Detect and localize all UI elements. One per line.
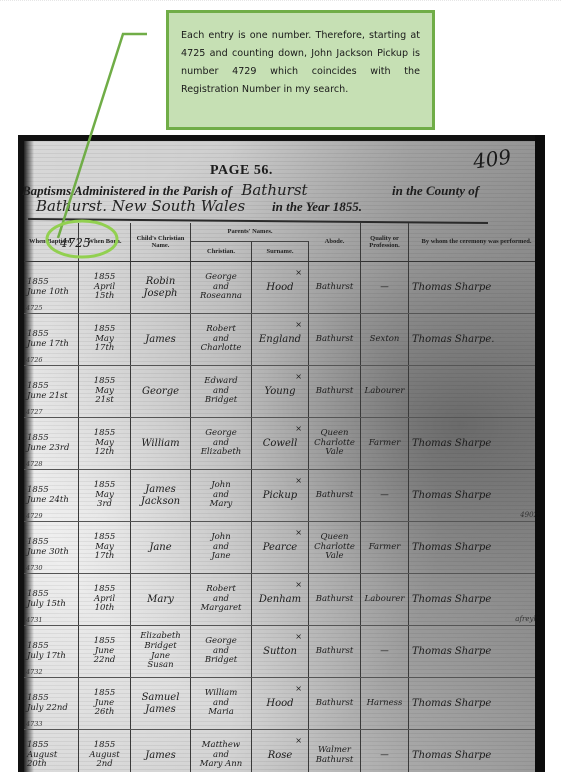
cell-baptised-line: June 17th bbox=[27, 340, 69, 350]
cell-quality-line: — bbox=[380, 751, 389, 761]
cell-quality-line: Labourer bbox=[365, 387, 405, 397]
cell-abode: Bathurst bbox=[309, 366, 361, 417]
cell-parents-line: Jane bbox=[212, 552, 231, 562]
cell-born: 1855June26th bbox=[79, 678, 131, 729]
table-row: 1855June 23rd47281855May12thWilliamGeorg… bbox=[24, 418, 544, 470]
corner-page-number: 409 bbox=[471, 144, 512, 173]
table-row: 1855June 21st47271855May21stGeorgeEdward… bbox=[24, 366, 544, 418]
cell-born-line: 15th bbox=[95, 292, 115, 302]
scan-dark-edge bbox=[535, 135, 545, 772]
cell-abode-line: Bathurst bbox=[316, 647, 354, 657]
cell-parents-line: Mary bbox=[210, 500, 233, 510]
registration-number: 4730 bbox=[26, 565, 43, 572]
cell-baptised-line: June 21st bbox=[27, 392, 68, 402]
cell-by_whom: Thomas Sharpe bbox=[409, 262, 544, 313]
cell-child: Mary bbox=[131, 574, 191, 625]
col-parents-christian: Christian. bbox=[191, 241, 252, 261]
cell-baptised: 1855June 17th4726 bbox=[24, 314, 79, 365]
cell-parents-line: Margaret bbox=[201, 604, 242, 614]
cell-surname-line: Pearce bbox=[263, 542, 297, 554]
cell-by_whom: Thomas Sharpe4902 bbox=[409, 470, 544, 521]
cell-child-line: Samuel bbox=[142, 692, 180, 704]
cell-abode: Bathurst bbox=[309, 314, 361, 365]
cell-baptised: 1855July 22nd4733 bbox=[24, 678, 79, 729]
cell-surname: Hood× bbox=[252, 678, 309, 729]
cell-baptised: 1855June 10th4725 bbox=[24, 262, 79, 313]
register-title-line-2: Bathurst. New South Wales in the Year 18… bbox=[30, 197, 251, 215]
cell-born-line: 21st bbox=[95, 396, 114, 406]
cell-born-line: 12th bbox=[95, 448, 115, 458]
cell-quality: Labourer bbox=[361, 366, 409, 417]
cell-surname-line: Pickup bbox=[263, 490, 297, 502]
table-row: 1855June 17th47261855May17thJamesRoberta… bbox=[24, 314, 544, 366]
cell-surname: England× bbox=[252, 314, 309, 365]
cell-quality-line: — bbox=[380, 491, 389, 501]
cell-abode-line: Bathurst bbox=[316, 756, 354, 766]
cell-surname: Denham× bbox=[252, 574, 309, 625]
cell-child: James bbox=[131, 314, 191, 365]
registration-number: 4728 bbox=[26, 461, 43, 468]
cell-child-line: William bbox=[141, 438, 179, 450]
col-parents-names: Parents' Names. bbox=[191, 223, 309, 241]
cell-abode: Bathurst bbox=[309, 470, 361, 521]
cell-surname-line: Young bbox=[264, 386, 295, 398]
cell-born-line: 17th bbox=[95, 344, 115, 354]
cell-child-line: Jackson bbox=[141, 496, 180, 508]
cell-child: SamuelJames bbox=[131, 678, 191, 729]
cell-by_whom: Thomas Sharpeafreyh bbox=[409, 574, 544, 625]
register-scan-image: 409 PAGE 56. Baptisms Administered in th… bbox=[18, 135, 545, 772]
cell-child: George bbox=[131, 366, 191, 417]
cell-by_whom: Thomas Sharpe bbox=[409, 678, 544, 729]
cell-child-line: George bbox=[142, 386, 179, 398]
table-row: 1855July 15th47311855April10thMaryRobert… bbox=[24, 574, 544, 626]
cell-child-line: James bbox=[145, 704, 176, 716]
cell-child-line: James bbox=[145, 484, 176, 496]
cell-baptised-line: June 10th bbox=[27, 288, 69, 298]
cell-baptised: 1855July 17th4732 bbox=[24, 626, 79, 677]
cell-surname-line: Hood bbox=[266, 698, 293, 710]
cell-by_whom-line: Thomas Sharpe bbox=[412, 490, 491, 502]
cell-parents: MatthewandMary Ann bbox=[191, 730, 252, 772]
cell-baptised-line: 20th bbox=[27, 760, 47, 770]
cell-abode: QueenCharlotteVale bbox=[309, 418, 361, 469]
cell-abode-line: Bathurst bbox=[316, 283, 354, 293]
cell-born-line: 2nd bbox=[96, 760, 112, 770]
cell-abode-line: Vale bbox=[325, 448, 343, 458]
cell-baptised: 1855June 23rd4728 bbox=[24, 418, 79, 469]
col-when-born: When Born. bbox=[79, 223, 131, 261]
registration-number: 4726 bbox=[26, 357, 43, 364]
mark-cross-icon: × bbox=[295, 372, 302, 381]
cell-quality: Labourer bbox=[361, 574, 409, 625]
cell-child-line: Robin bbox=[146, 276, 176, 288]
cell-parents: GeorgeandBridget bbox=[191, 626, 252, 677]
table-body: 1855June 10th47251855April15thRobinJosep… bbox=[24, 262, 544, 772]
cell-born: 1855June22nd bbox=[79, 626, 131, 677]
annotation-callout: Each entry is one number. Therefore, sta… bbox=[166, 10, 435, 130]
baptism-register-table: When Baptised. When Born. Child's Christ… bbox=[24, 223, 544, 772]
cell-surname: Cowell× bbox=[252, 418, 309, 469]
cell-by_whom: Thomas Sharpe bbox=[409, 418, 544, 469]
cell-abode: Bathurst bbox=[309, 678, 361, 729]
cell-by_whom-line: Thomas Sharpe bbox=[412, 750, 491, 762]
cell-abode: QueenCharlotteVale bbox=[309, 522, 361, 573]
cell-surname: Young× bbox=[252, 366, 309, 417]
cell-quality-line: — bbox=[380, 647, 389, 657]
registration-number: 4731 bbox=[26, 617, 43, 624]
mark-cross-icon: × bbox=[295, 736, 302, 745]
col-by-whom: By whom the ceremony was performed. bbox=[409, 223, 544, 261]
cell-surname-line: Denham bbox=[259, 594, 301, 606]
cell-by_whom: Thomas Sharpe bbox=[409, 730, 544, 772]
cell-by_whom-line: Thomas Sharpe bbox=[412, 646, 491, 658]
cell-born-line: 17th bbox=[95, 552, 115, 562]
mark-cross-icon: × bbox=[295, 268, 302, 277]
cell-born: 1855August2nd bbox=[79, 730, 131, 772]
cell-parents: WilliamandMaria bbox=[191, 678, 252, 729]
cell-child: ElizabethBridgetJaneSusan bbox=[131, 626, 191, 677]
cell-born-line: 22nd bbox=[94, 656, 116, 666]
cell-child: William bbox=[131, 418, 191, 469]
cell-abode-line: Bathurst bbox=[316, 387, 354, 397]
cell-surname: Pearce× bbox=[252, 522, 309, 573]
county-label: in the County of bbox=[392, 183, 479, 199]
table-row: 1855June 24th47291855May3rdJamesJacksonJ… bbox=[24, 470, 544, 522]
cell-parents: RobertandCharlotte bbox=[191, 314, 252, 365]
col-abode: Abode. bbox=[309, 223, 361, 261]
cell-abode-line: Bathurst bbox=[316, 491, 354, 501]
cell-abode: Bathurst bbox=[309, 262, 361, 313]
cell-parents-line: Bridget bbox=[205, 656, 237, 666]
cell-born: 1855May3rd bbox=[79, 470, 131, 521]
cell-by_whom-line: Thomas Sharpe bbox=[412, 542, 491, 554]
cell-quality: — bbox=[361, 730, 409, 772]
cell-parents-line: Roseanna bbox=[200, 292, 242, 302]
cell-surname: Hood× bbox=[252, 262, 309, 313]
cell-born-line: 3rd bbox=[97, 500, 112, 510]
registration-number: 4725 bbox=[26, 305, 43, 312]
cell-baptised: 1855June 24th4729 bbox=[24, 470, 79, 521]
cell-parents-line: Bridget bbox=[205, 396, 237, 406]
cell-baptised-line: June 30th bbox=[27, 548, 69, 558]
cell-child-line: Joseph bbox=[144, 288, 178, 300]
cell-abode-line: Vale bbox=[325, 552, 343, 562]
cell-surname-line: Cowell bbox=[263, 438, 298, 450]
cell-parents: GeorgeandElizabeth bbox=[191, 418, 252, 469]
cell-born-line: 10th bbox=[95, 604, 115, 614]
cell-child: Jane bbox=[131, 522, 191, 573]
cell-quality-line: — bbox=[380, 283, 389, 293]
cell-surname-line: Rose bbox=[268, 750, 293, 762]
county-name: Bathurst. New South Wales bbox=[36, 197, 245, 215]
cell-parents-line: Maria bbox=[208, 708, 234, 718]
cell-parents: JohnandJane bbox=[191, 522, 252, 573]
cell-quality-line: Farmer bbox=[369, 543, 401, 553]
cell-quality-line: Labourer bbox=[365, 595, 405, 605]
cell-abode-line: Bathurst bbox=[316, 699, 354, 709]
cell-parents: JohnandMary bbox=[191, 470, 252, 521]
cell-baptised: 1855August20th4734 bbox=[24, 730, 79, 772]
cell-baptised-line: July 17th bbox=[27, 652, 66, 662]
registration-number: 4733 bbox=[26, 721, 43, 728]
cell-by_whom-line: Thomas Sharpe bbox=[412, 698, 491, 710]
cell-quality: — bbox=[361, 626, 409, 677]
top-dotted-border bbox=[0, 0, 561, 3]
cell-born: 1855April15th bbox=[79, 262, 131, 313]
cell-parents-line: Mary Ann bbox=[200, 760, 242, 770]
cell-born: 1855May12th bbox=[79, 418, 131, 469]
cell-child-line: Susan bbox=[147, 661, 173, 671]
mark-cross-icon: × bbox=[295, 528, 302, 537]
cell-baptised-line: July 15th bbox=[27, 600, 66, 610]
cell-baptised: 1855June 30th4730 bbox=[24, 522, 79, 573]
mark-cross-icon: × bbox=[295, 580, 302, 589]
cell-parents: GeorgeandRoseanna bbox=[191, 262, 252, 313]
cell-surname: Pickup× bbox=[252, 470, 309, 521]
cell-by_whom: Thomas Sharpe bbox=[409, 522, 544, 573]
cell-by_whom bbox=[409, 366, 544, 417]
cell-by_whom-line: Thomas Sharpe. bbox=[412, 334, 494, 346]
cell-quality: Farmer bbox=[361, 522, 409, 573]
cell-baptised-line: June 24th bbox=[27, 496, 69, 506]
cell-parents-line: Elizabeth bbox=[201, 448, 242, 458]
cell-abode: Bathurst bbox=[309, 626, 361, 677]
registration-number: 4727 bbox=[26, 409, 43, 416]
table-row: 1855June 10th47251855April15thRobinJosep… bbox=[24, 262, 544, 314]
cell-baptised-line: June 23rd bbox=[27, 444, 69, 454]
cell-born-line: 26th bbox=[95, 708, 115, 718]
cell-child: JamesJackson bbox=[131, 470, 191, 521]
mark-cross-icon: × bbox=[295, 320, 302, 329]
cell-born: 1855May17th bbox=[79, 314, 131, 365]
cell-child: RobinJoseph bbox=[131, 262, 191, 313]
registration-number: 4732 bbox=[26, 669, 43, 676]
cell-quality: Farmer bbox=[361, 418, 409, 469]
cell-child-line: James bbox=[145, 334, 176, 346]
cell-born: 1855May17th bbox=[79, 522, 131, 573]
cell-by_whom-line: Thomas Sharpe bbox=[412, 438, 491, 450]
registration-number: 4729 bbox=[26, 513, 43, 520]
cell-child-line: Mary bbox=[147, 594, 174, 606]
table-row: 1855July 22nd47331855June26thSamuelJames… bbox=[24, 678, 544, 730]
cell-by_whom: Thomas Sharpe bbox=[409, 626, 544, 677]
cell-quality-line: Sexton bbox=[370, 335, 400, 345]
cell-born: 1855April10th bbox=[79, 574, 131, 625]
mark-cross-icon: × bbox=[295, 684, 302, 693]
cell-child-line: James bbox=[145, 750, 176, 762]
col-parents-surname: Surname. bbox=[252, 241, 309, 261]
cell-abode: Bathurst bbox=[309, 574, 361, 625]
cell-baptised-line: July 22nd bbox=[27, 704, 68, 714]
col-when-baptised: When Baptised. bbox=[24, 223, 79, 261]
parish-name: Bathurst bbox=[241, 181, 307, 199]
cell-by_whom-line: Thomas Sharpe bbox=[412, 282, 491, 294]
table-row: 1855July 17th47321855June22ndElizabethBr… bbox=[24, 626, 544, 678]
cell-baptised: 1855June 21st4727 bbox=[24, 366, 79, 417]
cell-child-line: Jane bbox=[149, 542, 171, 554]
cell-surname-line: Sutton bbox=[263, 646, 297, 658]
cell-parents-line: Charlotte bbox=[201, 344, 242, 354]
cell-quality: — bbox=[361, 262, 409, 313]
cell-surname-line: Hood bbox=[266, 282, 293, 294]
callout-text: Each entry is one number. Therefore, sta… bbox=[181, 27, 420, 99]
cell-quality-line: Farmer bbox=[369, 439, 401, 449]
cell-abode-line: Bathurst bbox=[316, 335, 354, 345]
cell-surname: Rose× bbox=[252, 730, 309, 772]
cell-quality: Sexton bbox=[361, 314, 409, 365]
cell-baptised: 1855July 15th4731 bbox=[24, 574, 79, 625]
cell-by_whom: Thomas Sharpe. bbox=[409, 314, 544, 365]
cell-abode-line: Bathurst bbox=[316, 595, 354, 605]
cell-surname: Sutton× bbox=[252, 626, 309, 677]
mark-cross-icon: × bbox=[295, 632, 302, 641]
cell-surname-line: England bbox=[259, 334, 301, 346]
cell-quality-line: Harness bbox=[367, 699, 403, 709]
page-label: PAGE 56. bbox=[210, 163, 273, 179]
cell-child: James bbox=[131, 730, 191, 772]
cell-born: 1855May21st bbox=[79, 366, 131, 417]
cell-parents: RobertandMargaret bbox=[191, 574, 252, 625]
table-header: When Baptised. When Born. Child's Christ… bbox=[24, 223, 544, 262]
title-prefix: Baptisms Administered in the Parish of bbox=[22, 183, 232, 198]
cell-quality: — bbox=[361, 470, 409, 521]
register-page: 409 PAGE 56. Baptisms Administered in th… bbox=[24, 141, 537, 772]
table-row: 1855August20th47341855August2ndJamesMatt… bbox=[24, 730, 544, 772]
mark-cross-icon: × bbox=[295, 476, 302, 485]
table-row: 1855June 30th47301855May17thJaneJohnandJ… bbox=[24, 522, 544, 574]
mark-cross-icon: × bbox=[295, 424, 302, 433]
col-child-name: Child's Christian Name. bbox=[131, 223, 191, 261]
cell-by_whom-line: Thomas Sharpe bbox=[412, 594, 491, 606]
cell-quality: Harness bbox=[361, 678, 409, 729]
cell-abode: WalmerBathurst bbox=[309, 730, 361, 772]
year-label: in the Year 1855. bbox=[272, 199, 362, 215]
cell-parents: EdwardandBridget bbox=[191, 366, 252, 417]
col-quality: Quality or Profession. bbox=[361, 223, 409, 261]
